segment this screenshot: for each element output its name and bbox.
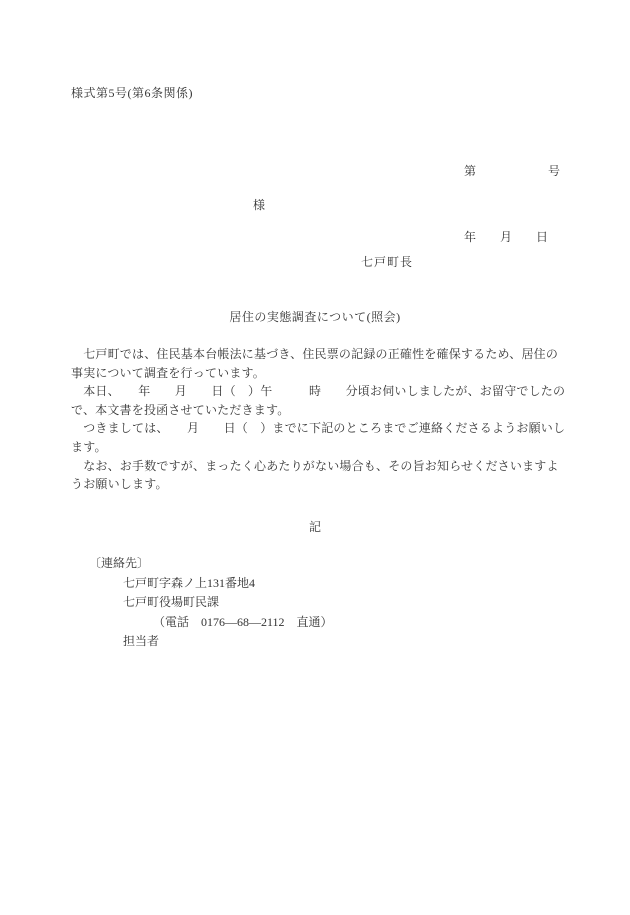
body-line: つきましては、 月 日（ ）までに下記のところまでご連絡くださるようお願いし — [71, 419, 565, 438]
sender-name: 七戸町長 — [361, 253, 413, 270]
contact-label: 〔連絡先〕 — [71, 554, 333, 574]
body-line: ます。 — [71, 438, 565, 457]
body-line: うお願いします。 — [71, 475, 565, 494]
document-page: 様式第5号(第6条関係) 第 号 年 月 日 様 七戸町長 居住の実態調査につい… — [0, 0, 630, 915]
body-line: 本日、 年 月 日（ ）午 時 分頃お伺いしましたが、お留守でしたの — [71, 382, 565, 401]
body-line: 七戸町では、住民基本台帳法に基づき、住民票の記録の正確性を確保するため、居住の — [71, 345, 565, 364]
form-number: 様式第5号(第6条関係) — [71, 84, 193, 101]
body-line: 事実について調査を行っています。 — [71, 364, 565, 383]
contact-office: 七戸町役場町民課 — [71, 593, 333, 613]
document-title: 居住の実態調査について(照会) — [0, 308, 630, 325]
document-date-line: 年 月 日 — [464, 226, 560, 248]
contact-person: 担当者 — [71, 632, 333, 652]
contact-phone: （電話 0176—68—2112 直通） — [71, 613, 333, 633]
contact-address: 七戸町字森ノ上131番地4 — [71, 574, 333, 594]
body-line: なお、お手数ですが、まったく心あたりがない場合も、その旨お知らせくださいますよ — [71, 457, 565, 476]
body-line: で、本文書を投函させていただきます。 — [71, 401, 565, 420]
body-text: 七戸町では、住民基本台帳法に基づき、住民票の記録の正確性を確保するため、居住の … — [71, 345, 565, 494]
header-right-block: 第 号 年 月 日 — [464, 116, 560, 292]
document-number-line: 第 号 — [464, 160, 560, 182]
record-marker: 記 — [0, 518, 630, 535]
contact-block: 〔連絡先〕 七戸町字森ノ上131番地4 七戸町役場町民課 （電話 0176—68… — [71, 554, 333, 652]
addressee-suffix: 様 — [253, 196, 265, 213]
